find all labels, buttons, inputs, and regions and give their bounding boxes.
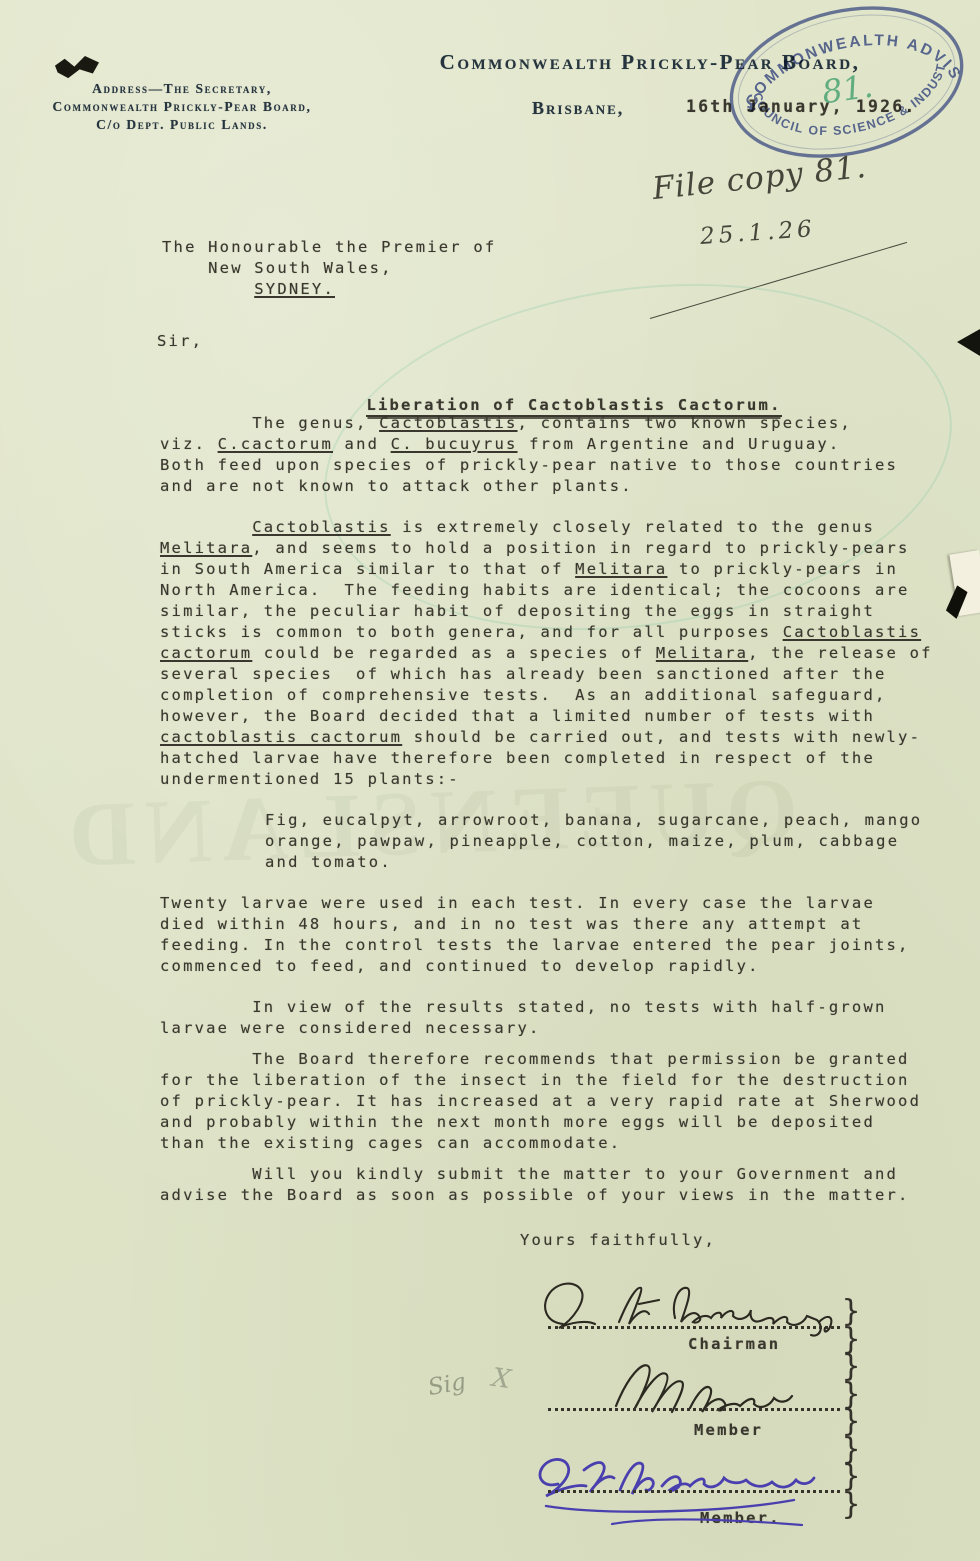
member-signature-1 [598, 1356, 808, 1416]
paragraph-melitara: Cactoblastis is extremely closely relate… [160, 517, 965, 790]
signature-dotted-line-2 [548, 1408, 840, 1411]
member-title-1: Member [694, 1420, 763, 1441]
handwritten-date-note: 25.1.26 [699, 216, 816, 250]
paragraph-recommendation: The Board therefore recommends that perm… [160, 1049, 965, 1154]
pencil-sig-note: Sig [426, 1369, 468, 1401]
edge-mark-artifact [957, 329, 980, 356]
letterhead-address-block: Address—The Secretary, Commonwealth Pric… [28, 80, 336, 134]
scanned-letter-page: { "letterhead": { "address_line1": "Addr… [0, 0, 980, 1561]
signature-dotted-line-3 [548, 1490, 840, 1493]
signature-brace-column: } } } } } } } } [842, 1298, 860, 1518]
salutation: Sir, [157, 331, 203, 352]
letter-body: The genus, Cactoblastis, contains two kn… [160, 413, 965, 1251]
letterhead-place: Brisbane, [532, 98, 624, 119]
subject-line-wrap: Liberation of Cactoblastis Cactorum. [160, 374, 965, 416]
closing-line: Yours faithfully, [520, 1230, 965, 1251]
address-line-3: C/o Dept. Public Lands. [28, 116, 336, 134]
address-line-2: Commonwealth Prickly-Pear Board, [28, 98, 336, 116]
paragraph-half-grown: In view of the results stated, no tests … [160, 997, 965, 1039]
paragraph-larvae-tests: Twenty larvae were used in each test. In… [160, 893, 965, 977]
blue-flourish-underline [608, 1512, 808, 1530]
signature-dotted-line-1 [548, 1326, 840, 1329]
ink-blot-artifact [55, 56, 99, 79]
paragraph-genus: The genus, Cactoblastis, contains two kn… [160, 413, 965, 497]
recipient-block: The Honourable the Premier of New South … [162, 237, 496, 300]
paragraph-request: Will you kindly submit the matter to you… [160, 1164, 965, 1206]
green-pencil-number: 81. [820, 67, 876, 112]
address-line-1: Address—The Secretary, [28, 80, 336, 98]
member-signature-2 [528, 1440, 838, 1520]
paragraph-plants-list: Fig, eucalpyt, arrowroot, banana, sugarc… [265, 810, 965, 873]
chairman-title: Chairman [688, 1334, 780, 1355]
pencil-x-mark: X [490, 1363, 513, 1395]
